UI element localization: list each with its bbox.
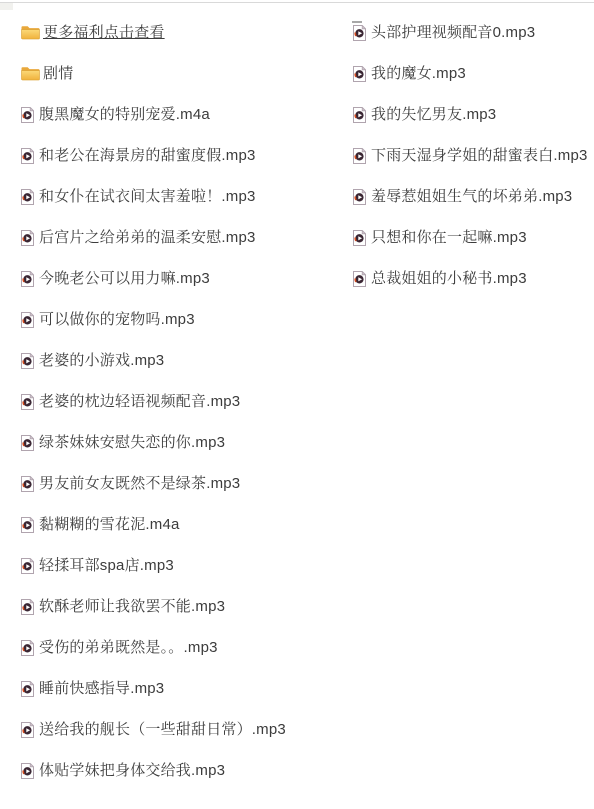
file-label: 和女仆在试衣间太害羞啦！.mp3	[39, 189, 256, 204]
file-label: 我的失忆男友.mp3	[371, 107, 496, 122]
audio-file-icon	[20, 722, 34, 738]
file-label: 体贴学妹把身体交给我.mp3	[39, 763, 225, 778]
audio-file-item[interactable]: 我的失忆男友.mp3	[352, 94, 594, 135]
file-label: 剧情	[43, 66, 73, 81]
audio-file-item[interactable]: 体贴学妹把身体交给我.mp3	[20, 750, 350, 791]
audio-file-icon	[20, 558, 34, 574]
audio-file-item[interactable]: 我的魔女.mp3	[352, 53, 594, 94]
audio-file-icon	[20, 763, 34, 779]
file-label: 软酥老师让我欲罢不能.mp3	[39, 599, 225, 614]
file-list-left: 更多福利点击查看 剧情	[20, 12, 350, 791]
audio-file-icon	[20, 107, 34, 123]
audio-file-icon	[20, 599, 34, 615]
audio-file-item[interactable]: 和老公在海景房的甜蜜度假.mp3	[20, 135, 350, 176]
audio-file-item[interactable]: 腹黑魔女的特别宠爱.m4a	[20, 94, 350, 135]
folder-icon	[20, 66, 40, 81]
audio-file-icon	[352, 25, 366, 41]
file-label: 男友前女友既然不是绿茶.mp3	[39, 476, 240, 491]
audio-file-icon	[20, 353, 34, 369]
audio-file-item[interactable]: 总裁姐姐的小秘书.mp3	[352, 258, 594, 299]
audio-file-icon	[20, 189, 34, 205]
audio-file-item[interactable]: 老婆的枕边轻语视频配音.mp3	[20, 381, 350, 422]
file-label: 只想和你在一起嘛.mp3	[371, 230, 527, 245]
audio-file-icon	[20, 476, 34, 492]
audio-file-icon	[20, 640, 34, 656]
audio-file-item[interactable]: 老婆的小游戏.mp3	[20, 340, 350, 381]
file-listing-page: 更多福利点击查看 剧情	[0, 0, 594, 809]
audio-file-item[interactable]: 轻揉耳部spa店.mp3	[20, 545, 350, 586]
audio-file-icon	[352, 271, 366, 287]
audio-file-item[interactable]: 和女仆在试衣间太害羞啦！.mp3	[20, 176, 350, 217]
file-label: 总裁姐姐的小秘书.mp3	[371, 271, 527, 286]
audio-file-item[interactable]: 睡前快感指导.mp3	[20, 668, 350, 709]
audio-file-icon	[352, 230, 366, 246]
file-label: 和老公在海景房的甜蜜度假.mp3	[39, 148, 256, 163]
folder-item[interactable]: 更多福利点击查看	[20, 12, 350, 53]
file-label: 今晚老公可以用力嘛.mp3	[39, 271, 210, 286]
audio-file-icon	[20, 312, 34, 328]
file-label: 更多福利点击查看	[43, 25, 165, 40]
audio-file-icon	[20, 271, 34, 287]
top-divider-line	[0, 2, 594, 3]
file-label: 老婆的枕边轻语视频配音.mp3	[39, 394, 240, 409]
file-label: 送给我的舰长（一些甜甜日常）.mp3	[39, 722, 286, 737]
audio-file-item[interactable]: 头部护理视频配音0.mp3	[352, 12, 594, 53]
audio-file-item[interactable]: 今晚老公可以用力嘛.mp3	[20, 258, 350, 299]
audio-file-item[interactable]: 只想和你在一起嘛.mp3	[352, 217, 594, 258]
file-label: 头部护理视频配音0.mp3	[371, 25, 535, 40]
audio-file-item[interactable]: 黏糊糊的雪花泥.m4a	[20, 504, 350, 545]
audio-file-item[interactable]: 下雨天湿身学姐的甜蜜表白.mp3	[352, 135, 594, 176]
audio-file-item[interactable]: 男友前女友既然不是绿茶.mp3	[20, 463, 350, 504]
audio-file-icon	[352, 107, 366, 123]
file-label: 轻揉耳部spa店.mp3	[39, 558, 174, 573]
file-label: 腹黑魔女的特别宠爱.m4a	[39, 107, 210, 122]
file-label: 我的魔女.mp3	[371, 66, 466, 81]
audio-file-item[interactable]: 羞辱惹姐姐生气的坏弟弟.mp3	[352, 176, 594, 217]
audio-file-item[interactable]: 送给我的舰长（一些甜甜日常）.mp3	[20, 709, 350, 750]
file-label: 下雨天湿身学姐的甜蜜表白.mp3	[371, 148, 588, 163]
audio-file-item[interactable]: 受伤的弟弟既然是。。.mp3	[20, 627, 350, 668]
audio-file-icon	[20, 148, 34, 164]
audio-file-icon	[352, 189, 366, 205]
audio-file-icon	[20, 435, 34, 451]
file-list-right: 头部护理视频配音0.mp3 我的魔女.mp3 我的失忆男友.mp3	[352, 12, 594, 299]
folder-icon	[20, 25, 40, 40]
file-label: 绿茶妹妹安慰失恋的你.mp3	[39, 435, 225, 450]
audio-file-icon	[352, 148, 366, 164]
folder-item[interactable]: 剧情	[20, 53, 350, 94]
audio-file-icon	[20, 517, 34, 533]
audio-file-item[interactable]: 软酥老师让我欲罢不能.mp3	[20, 586, 350, 627]
file-label: 羞辱惹姐姐生气的坏弟弟.mp3	[371, 189, 572, 204]
audio-file-item[interactable]: 可以做你的宠物吗.mp3	[20, 299, 350, 340]
top-left-fragment	[0, 3, 13, 10]
audio-file-icon	[20, 230, 34, 246]
audio-file-item[interactable]: 后宫片之给弟弟的温柔安慰.mp3	[20, 217, 350, 258]
audio-file-item[interactable]: 绿茶妹妹安慰失恋的你.mp3	[20, 422, 350, 463]
file-label: 睡前快感指导.mp3	[39, 681, 164, 696]
file-label: 老婆的小游戏.mp3	[39, 353, 164, 368]
file-label: 可以做你的宠物吗.mp3	[39, 312, 195, 327]
file-label: 黏糊糊的雪花泥.m4a	[39, 517, 180, 532]
audio-file-icon	[20, 681, 34, 697]
file-label: 受伤的弟弟既然是。。.mp3	[39, 640, 218, 655]
audio-file-icon	[352, 66, 366, 82]
audio-file-icon	[20, 394, 34, 410]
file-label: 后宫片之给弟弟的温柔安慰.mp3	[39, 230, 256, 245]
